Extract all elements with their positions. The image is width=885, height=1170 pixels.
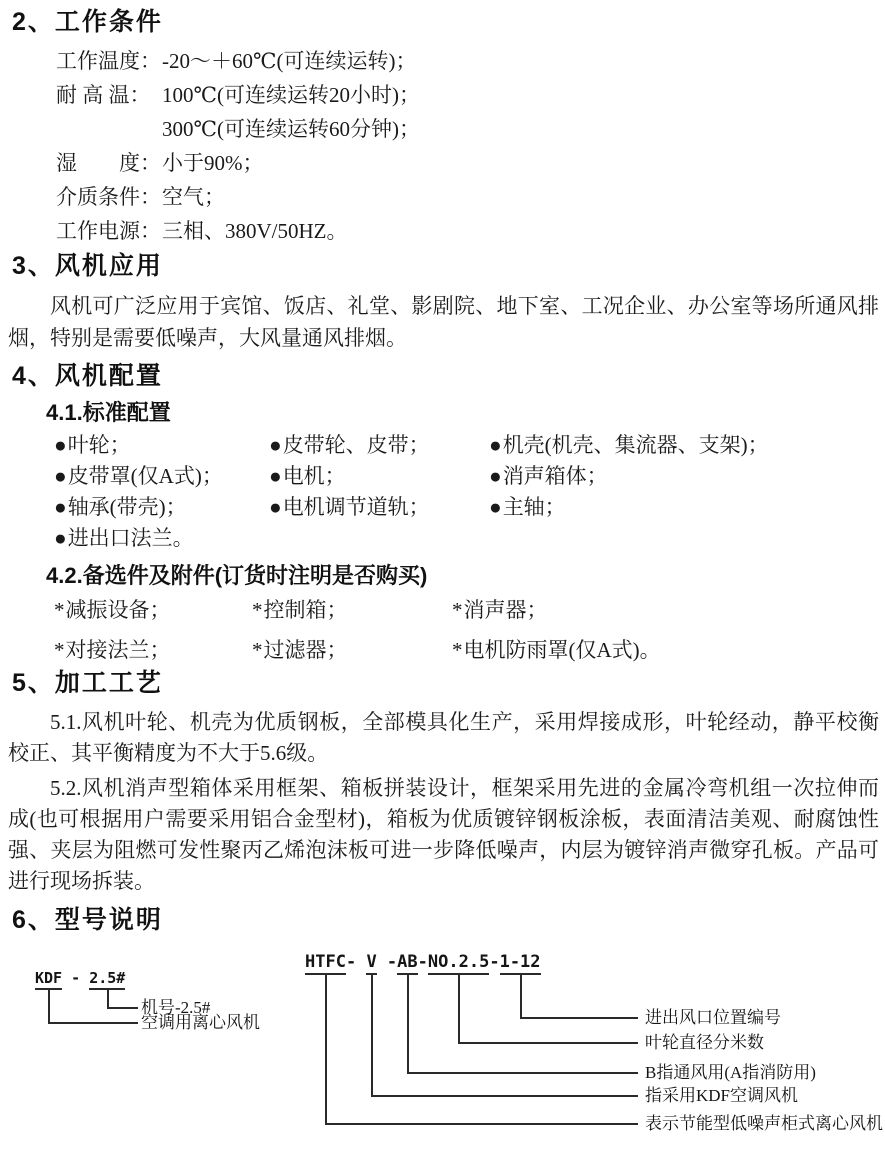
list-item-label: 主轴； (503, 495, 566, 519)
condition-label: 介质条件： (56, 184, 162, 210)
connector-hline (325, 1123, 638, 1125)
process-paragraph-1: 5.1.风机叶轮、机壳为优质钢板，全部模具化生产，采用焊接成形，叶轮经动，静平校… (8, 707, 879, 769)
list-item: *电机防雨罩(仅A式)。 (452, 637, 885, 663)
condition-row: 工作温度：-20～＋60℃(可连续运转)； (56, 48, 885, 74)
optional-config-subheading: 4.2.备选件及附件(订货时注明是否购买) (46, 563, 885, 588)
bullet-marker: ● (54, 464, 67, 488)
list-item: *对接法兰； (54, 637, 252, 663)
section-configuration-heading: 4、风机配置 (0, 362, 885, 391)
section-model-heading: 6、型号说明 (0, 906, 885, 935)
list-item-label: 轴承(带壳)； (68, 495, 187, 519)
list-item: ●皮带罩(仅A式)； (54, 461, 269, 492)
list-item-label: 皮带罩(仅A式)； (68, 464, 223, 488)
process-paragraph-2: 5.2.风机消声型箱体采用框架、箱板拼装设计，框架采用先进的金属冷弯机组一次拉伸… (8, 773, 879, 897)
connector-hline (407, 1072, 638, 1074)
condition-value: 小于90%； (162, 151, 264, 175)
list-item: ●主轴； (489, 492, 885, 523)
working-conditions-list: 工作温度：-20～＋60℃(可连续运转)； 耐 高 温：100℃(可连续运转20… (56, 48, 885, 244)
condition-row: 耐 高 温：100℃(可连续运转20小时)； (56, 82, 885, 108)
list-item: ●进出口法兰。 (54, 523, 269, 554)
htfc-label-series-meaning: 表示节能型低噪声柜式离心风机 (645, 1114, 883, 1133)
code-segment: AB (397, 952, 417, 975)
list-item-label: 过滤器； (264, 638, 348, 662)
connector-hline (520, 1017, 638, 1019)
bullet-marker: ● (54, 526, 67, 550)
application-paragraph: 风机可广泛应用于宾馆、饭店、礼堂、影剧院、地下室、工况企业、办公室等场所通风排烟… (8, 290, 879, 354)
code-segment: - (346, 952, 366, 972)
asterisk-marker: * (54, 598, 65, 622)
list-item: *减振设备； (54, 597, 252, 623)
list-item: ●机壳(机壳、集流器、支架)； (489, 430, 885, 461)
model-code-kdf: KDF - 2.5# (35, 968, 125, 988)
connector-hline (458, 1042, 638, 1044)
code-segment: - (418, 952, 428, 972)
connector-vline (48, 988, 50, 1024)
list-item-label: 电机； (283, 464, 346, 488)
condition-row: 湿 度：小于90%； (56, 150, 885, 176)
list-item: ●电机调节道轨； (269, 492, 489, 523)
bullet-marker: ● (269, 433, 282, 457)
condition-value: 100℃(可连续运转20小时)； (162, 83, 420, 107)
connector-hline (371, 1095, 638, 1097)
optional-config-list: *减振设备； *控制箱； *消声器； *对接法兰； *过滤器； *电机防雨罩(仅… (54, 597, 885, 663)
list-item-label: 对接法兰； (66, 638, 171, 662)
section-working-conditions-heading: 2、工作条件 (0, 8, 885, 37)
condition-label: 湿 度： (56, 150, 162, 176)
connector-vline (107, 988, 109, 1009)
list-item-label: 减振设备； (66, 598, 171, 622)
asterisk-marker: * (452, 638, 463, 662)
code-segment: - (489, 952, 499, 972)
list-item-label: 叶轮； (68, 433, 131, 457)
connector-vline (371, 973, 373, 1097)
list-item-label: 消声箱体； (503, 464, 608, 488)
list-item-label: 皮带轮、皮带； (283, 433, 430, 457)
bullet-marker: ● (489, 433, 502, 457)
connector-vline (325, 973, 327, 1125)
standard-config-list: ●叶轮； ●皮带轮、皮带； ●机壳(机壳、集流器、支架)； ●皮带罩(仅A式)；… (54, 430, 885, 554)
code-segment: KDF (35, 969, 62, 990)
section-process-heading: 5、加工工艺 (0, 669, 885, 698)
condition-value: -20～＋60℃(可连续运转)； (162, 49, 416, 73)
list-item: ●轴承(带壳)； (54, 492, 269, 523)
asterisk-marker: * (54, 638, 65, 662)
code-segment: 1-12 (500, 952, 541, 975)
list-item: *控制箱； (252, 597, 452, 623)
list-item: *过滤器； (252, 637, 452, 663)
code-segment: HTFC (305, 952, 346, 975)
document-page: 2、工作条件 工作温度：-20～＋60℃(可连续运转)； 耐 高 温：100℃(… (0, 0, 885, 935)
list-item-label: 机壳(机壳、集流器、支架)； (503, 433, 769, 457)
code-segment: - (62, 969, 89, 987)
condition-value: 300℃(可连续运转60分钟)； (162, 117, 420, 141)
code-segment: 2.5# (89, 969, 125, 990)
condition-label: 耐 高 温： (56, 82, 162, 108)
htfc-label-port-position: 进出风口位置编号 (645, 1008, 781, 1027)
connector-vline (520, 973, 522, 1019)
list-item-label: 电机调节道轨； (283, 495, 430, 519)
kdf-label-fan-type: 空调用离心风机 (141, 1013, 260, 1032)
condition-row: 300℃(可连续运转60分钟)； (56, 116, 885, 142)
bullet-marker: ● (489, 464, 502, 488)
connector-vline (407, 973, 409, 1074)
list-item: ●叶轮； (54, 430, 269, 461)
asterisk-marker: * (252, 598, 263, 622)
model-diagram: KDF - 2.5# 机号-2.5# 空调用离心风机 HTFC- V -AB-N… (0, 940, 885, 1170)
section-application-heading: 3、风机应用 (0, 252, 885, 281)
bullet-marker: ● (54, 495, 67, 519)
condition-value: 三相、380V/50HZ。 (162, 219, 348, 243)
list-item-label: 进出口法兰。 (68, 526, 194, 550)
list-item-label: 控制箱； (264, 598, 348, 622)
bullet-marker: ● (269, 495, 282, 519)
list-item-label: 电机防雨罩(仅A式)。 (464, 638, 661, 662)
list-item-label: 消声器； (464, 598, 548, 622)
list-item: ●消声箱体； (489, 461, 885, 492)
connector-hline (107, 1007, 138, 1009)
condition-label: 工作电源： (56, 218, 162, 244)
code-segment: - (377, 952, 397, 972)
list-item: ●电机； (269, 461, 489, 492)
bullet-marker: ● (489, 495, 502, 519)
asterisk-marker: * (252, 638, 263, 662)
code-segment: V (366, 952, 376, 975)
bullet-marker: ● (54, 433, 67, 457)
model-code-htfc: HTFC- V -AB-NO.2.5-1-12 (305, 951, 541, 973)
condition-label: 工作温度： (56, 48, 162, 74)
htfc-label-impeller-diameter: 叶轮直径分米数 (645, 1033, 764, 1052)
htfc-label-kdf-fan: 指采用KDF空调风机 (645, 1086, 798, 1105)
asterisk-marker: * (452, 598, 463, 622)
code-segment: NO.2.5 (428, 952, 489, 975)
connector-vline (458, 973, 460, 1044)
list-item: ●皮带轮、皮带； (269, 430, 489, 461)
standard-config-subheading: 4.1.标准配置 (46, 400, 885, 425)
htfc-label-usage-type: B指通风用(A指消防用) (645, 1063, 816, 1082)
list-item: *消声器； (452, 597, 885, 623)
condition-row: 工作电源：三相、380V/50HZ。 (56, 218, 885, 244)
condition-row: 介质条件：空气； (56, 184, 885, 210)
connector-hline (48, 1022, 138, 1024)
condition-value: 空气； (162, 185, 225, 209)
bullet-marker: ● (269, 464, 282, 488)
